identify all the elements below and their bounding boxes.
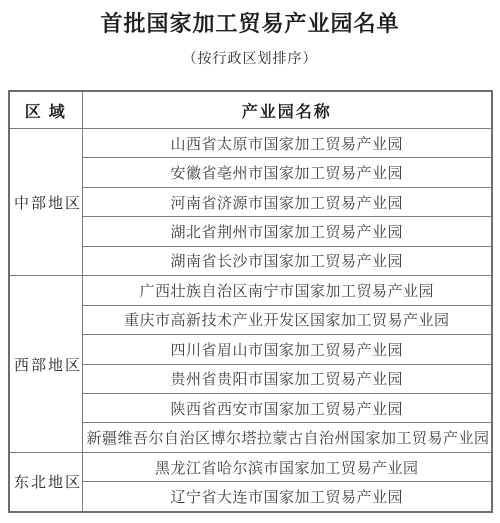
table-row: 中部地区 山西省太原市国家加工贸易产业园 (9, 129, 492, 158)
park-cell: 陕西省西安市国家加工贸易产业园 (82, 393, 492, 422)
table-row: 东北地区 黑龙江省哈尔滨市国家加工贸易产业园 (9, 452, 492, 481)
table-row: 湖北省荆州市国家加工贸易产业园 (9, 217, 492, 246)
park-list-table: 区 域 产业园名称 中部地区 山西省太原市国家加工贸易产业园 安徽省亳州市国家加… (8, 90, 493, 513)
park-cell: 黑龙江省哈尔滨市国家加工贸易产业园 (82, 452, 492, 481)
park-cell: 重庆市高新技术产业开发区国家加工贸易产业园 (82, 305, 492, 334)
table-row: 新疆维吾尔自治区博尔塔拉蒙古自治州国家加工贸易产业园 (9, 423, 492, 452)
table-row: 安徽省亳州市国家加工贸易产业园 (9, 158, 492, 187)
column-header-region: 区 域 (9, 91, 82, 129)
park-cell: 山西省太原市国家加工贸易产业园 (82, 129, 492, 158)
table-row: 西部地区 广西壮族自治区南宁市国家加工贸易产业园 (9, 276, 492, 305)
table-row: 陕西省西安市国家加工贸易产业园 (9, 393, 492, 422)
park-cell: 辽宁省大连市国家加工贸易产业园 (82, 482, 492, 512)
table-row: 湖南省长沙市国家加工贸易产业园 (9, 246, 492, 275)
table-row: 重庆市高新技术产业开发区国家加工贸易产业园 (9, 305, 492, 334)
park-cell: 湖北省荆州市国家加工贸易产业园 (82, 217, 492, 246)
region-cell-central: 中部地区 (9, 129, 82, 276)
park-cell: 四川省眉山市国家加工贸易产业园 (82, 335, 492, 364)
park-cell: 广西壮族自治区南宁市国家加工贸易产业园 (82, 276, 492, 305)
column-header-park: 产业园名称 (82, 91, 492, 129)
table-header-row: 区 域 产业园名称 (9, 91, 492, 129)
park-cell: 安徽省亳州市国家加工贸易产业园 (82, 158, 492, 187)
page-subtitle: （按行政区划排序） (0, 48, 500, 68)
page-title: 首批国家加工贸易产业园名单 (0, 0, 500, 38)
park-cell: 河南省济源市国家加工贸易产业园 (82, 187, 492, 216)
park-cell: 湖南省长沙市国家加工贸易产业园 (82, 246, 492, 275)
park-cell: 贵州省贵阳市国家加工贸易产业园 (82, 364, 492, 393)
region-cell-western: 西部地区 (9, 276, 82, 453)
park-cell: 新疆维吾尔自治区博尔塔拉蒙古自治州国家加工贸易产业园 (82, 423, 492, 452)
region-cell-northeast: 东北地区 (9, 452, 82, 512)
